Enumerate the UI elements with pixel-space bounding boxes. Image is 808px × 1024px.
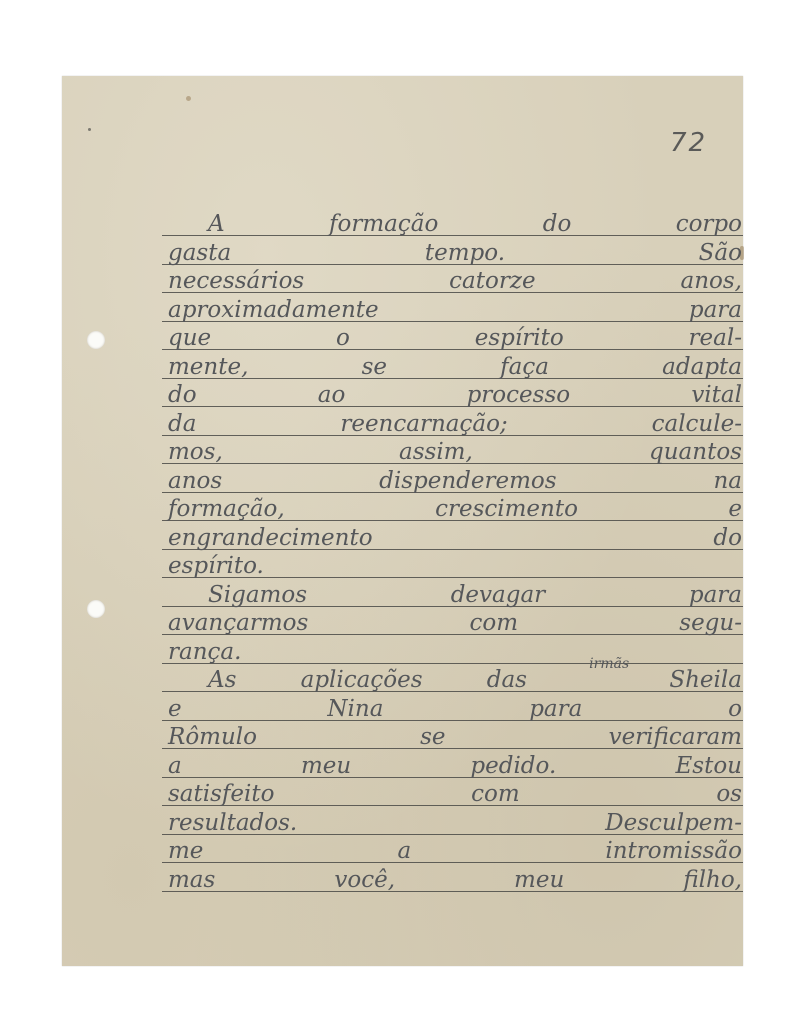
- handwritten-word: mente,: [166, 354, 250, 380]
- handwritten-line: avançarmoscomsegu-: [166, 608, 744, 636]
- handwritten-word: engrandecimento: [166, 525, 375, 551]
- handwritten-word: você,: [332, 867, 397, 893]
- handwritten-word: das: [485, 667, 529, 693]
- handwritten-word: a: [396, 838, 414, 864]
- handwritten-word: me: [166, 838, 205, 864]
- handwritten-line: engrandecimentodo: [166, 523, 744, 551]
- handwritten-word: Estou: [674, 753, 745, 779]
- handwritten-word: Rômulo: [166, 724, 259, 750]
- handwritten-word: aplicações: [299, 667, 425, 693]
- handwritten-word: resultados.: [166, 810, 299, 836]
- handwritten-word: reencarnação;: [338, 411, 509, 437]
- handwritten-word: dispenderemos: [377, 468, 558, 494]
- paper-speck: [88, 128, 91, 131]
- handwritten-line: eNinaparao: [166, 694, 744, 722]
- handwritten-word: que: [166, 325, 213, 351]
- handwritten-line: aproximadamentepara: [166, 295, 744, 323]
- handwritten-word: filho,: [681, 867, 744, 893]
- handwritten-line: satisfeitocomos: [166, 779, 744, 807]
- handwritten-line: masvocê,meufilho,: [166, 865, 744, 893]
- handwritten-word: formação,: [166, 496, 287, 522]
- handwritten-line: ameupedido.Estou: [166, 751, 744, 779]
- handwritten-word: quantos: [647, 439, 744, 465]
- handwritten-line: gastatempo.São: [166, 238, 744, 266]
- handwritten-word: adapta: [660, 354, 744, 380]
- paper-stain: [186, 96, 191, 101]
- handwritten-word: o: [726, 696, 744, 722]
- handwritten-word: para: [687, 582, 744, 608]
- handwritten-word: se: [418, 724, 447, 750]
- handwritten-word: Nina: [325, 696, 385, 722]
- handwritten-word: real-: [687, 325, 744, 351]
- handwritten-word: vital: [689, 382, 744, 408]
- handwritten-line: mente,sefaçaadapta: [166, 352, 744, 380]
- handwritten-word: se: [360, 354, 389, 380]
- handwritten-line: espírito.: [166, 551, 744, 579]
- manuscript-page: 72 Aformaçãodocorpogastatempo.Sãonecessá…: [62, 76, 743, 966]
- handwritten-line: doaoprocessovital: [166, 380, 744, 408]
- handwritten-word: anos: [166, 468, 224, 494]
- handwritten-word: avançarmos: [166, 610, 310, 636]
- handwritten-word: mas: [166, 867, 217, 893]
- handwritten-word: segu-: [677, 610, 744, 636]
- handwritten-line: rança.: [166, 637, 744, 665]
- handwritten-line: Sigamosdevagarpara: [166, 580, 744, 608]
- handwritten-word: intromissão: [603, 838, 744, 864]
- handwritten-word: A: [206, 211, 227, 237]
- handwritten-line: mos,assim,quantos: [166, 437, 744, 465]
- handwritten-word: e: [726, 496, 744, 522]
- handwritten-word: tempo.: [423, 240, 507, 266]
- handwritten-word: mos,: [166, 439, 225, 465]
- interlinear-insertion: irmãs: [589, 651, 629, 677]
- handwritten-word: meu: [299, 753, 353, 779]
- handwritten-word: para: [527, 696, 584, 722]
- handwritten-word: pedido.: [468, 753, 558, 779]
- handwritten-word: necessários: [166, 268, 306, 294]
- handwritten-word: formação: [327, 211, 440, 237]
- handwritten-word: na: [711, 468, 744, 494]
- handwritten-word: a: [166, 753, 184, 779]
- handwritten-line: necessárioscatorzeanos,: [166, 266, 744, 294]
- handwritten-line: Aformaçãodocorpo: [166, 209, 744, 237]
- handwritten-line: anosdispenderemosna: [166, 466, 744, 494]
- handwritten-word: anos,: [678, 268, 744, 294]
- handwritten-word: faça: [498, 354, 551, 380]
- page-number: 72: [670, 128, 707, 158]
- handwritten-word: do: [541, 211, 574, 237]
- handwritten-word: com: [469, 781, 522, 807]
- handwritten-word: rança.: [166, 639, 243, 665]
- handwritten-word: São: [697, 240, 744, 266]
- handwritten-line: resultados.Desculpem-: [166, 808, 744, 836]
- handwritten-word: os: [714, 781, 744, 807]
- handwritten-word: Sigamos: [206, 582, 309, 608]
- punch-hole-top: [87, 331, 105, 349]
- handwritten-word: com: [468, 610, 521, 636]
- handwritten-word: aproximadamente: [166, 297, 381, 323]
- handwritten-word: espírito.: [166, 553, 266, 579]
- handwritten-word: do: [166, 382, 199, 408]
- handwritten-word: assim,: [397, 439, 475, 465]
- handwritten-word: Sheila: [667, 667, 744, 693]
- handwritten-word: da: [166, 411, 198, 437]
- handwritten-word: corpo: [674, 211, 744, 237]
- handwritten-word: o: [334, 325, 352, 351]
- handwritten-word: crescimento: [433, 496, 580, 522]
- handwritten-word: devagar: [449, 582, 547, 608]
- handwritten-word: satisfeito: [166, 781, 277, 807]
- handwritten-word: ao: [316, 382, 348, 408]
- handwritten-line: formação,crescimentoe: [166, 494, 744, 522]
- handwritten-word: calcule-: [650, 411, 744, 437]
- handwritten-line: AsaplicaçõesdasirmãsSheila: [166, 665, 744, 693]
- handwritten-word: Desculpem-: [603, 810, 744, 836]
- handwritten-line: Rômuloseverificaram: [166, 722, 744, 750]
- handwritten-word: catorze: [447, 268, 537, 294]
- handwritten-line: queoespíritoreal-: [166, 323, 744, 351]
- handwritten-word: verificaram: [607, 724, 744, 750]
- handwritten-word: As: [206, 667, 238, 693]
- handwritten-word: do: [711, 525, 744, 551]
- handwritten-word: espírito: [473, 325, 566, 351]
- handwritten-word: meu: [512, 867, 566, 893]
- handwritten-line: meaintromissão: [166, 836, 744, 864]
- handwritten-word: processo: [465, 382, 573, 408]
- handwritten-word: e: [166, 696, 184, 722]
- handwritten-word: gasta: [166, 240, 233, 266]
- handwritten-line: dareencarnação;calcule-: [166, 409, 744, 437]
- punch-hole-bottom: [87, 600, 105, 618]
- handwritten-word: para: [687, 297, 744, 323]
